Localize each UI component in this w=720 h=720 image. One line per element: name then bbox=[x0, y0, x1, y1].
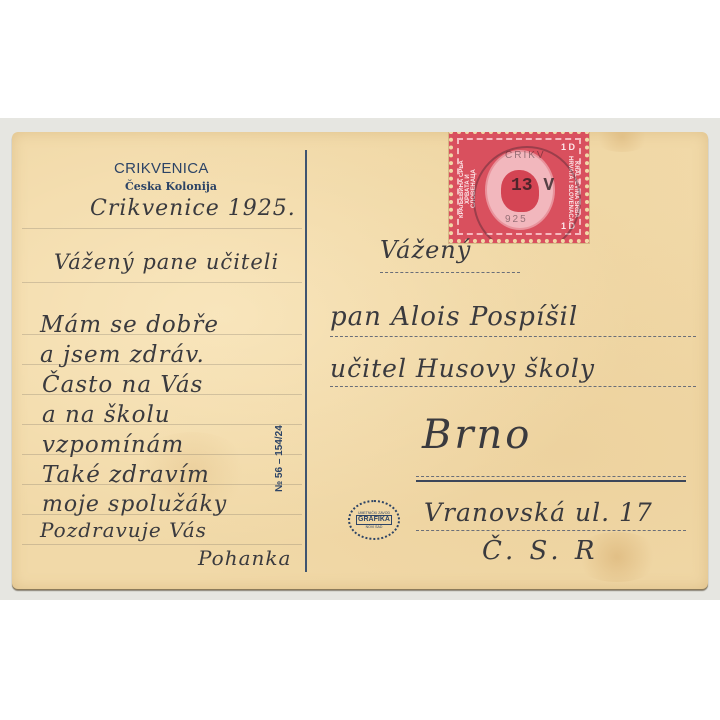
message-line: Často na Vás bbox=[42, 372, 203, 398]
ruled-line bbox=[22, 228, 302, 229]
address-country: Č. S. R bbox=[482, 536, 599, 566]
place-date: Crikvenice 1925. bbox=[90, 196, 296, 221]
print-number: № 56 – 154/24 bbox=[274, 402, 285, 492]
message-line: Mám se dobře bbox=[40, 312, 219, 338]
publisher-seal-bottom: NOVI SAD bbox=[366, 525, 383, 529]
postcard: CRIKVENICA Česka Kolonija Crikvenice 192… bbox=[12, 132, 708, 589]
address-line bbox=[330, 386, 696, 387]
address-city: Brno bbox=[422, 412, 532, 458]
center-divider bbox=[305, 150, 307, 572]
address-line bbox=[380, 272, 520, 273]
address-title: učitel Husovy školy bbox=[330, 354, 595, 383]
signature: Pohanka bbox=[198, 546, 291, 570]
postmark-year: 925 bbox=[505, 214, 528, 225]
publisher-seal: UMETNIČKI ZAVOD GRAFIKA NOVI SAD bbox=[348, 500, 400, 540]
postmark-town: CRIKV bbox=[505, 150, 546, 161]
postage-stamp: КРАЉЕВИНА СРБА ХРВАТА И СЛОВЕНАЦА KRALJE… bbox=[449, 132, 589, 243]
address-city-underline bbox=[416, 480, 686, 482]
postmark-date: 13 V bbox=[511, 176, 554, 196]
address-line bbox=[330, 336, 696, 337]
printed-header-subtitle: Česka Kolonija bbox=[125, 180, 217, 193]
address-line bbox=[416, 530, 686, 531]
ruled-line bbox=[22, 544, 302, 545]
message-line: a na školu bbox=[42, 402, 171, 428]
publisher-seal-name: GRAFIKA bbox=[356, 515, 392, 525]
salutation: Vážený pane učiteli bbox=[54, 250, 279, 274]
ruled-line bbox=[22, 282, 302, 283]
stain bbox=[592, 132, 652, 152]
printed-header-title: CRIKVENICA bbox=[114, 160, 209, 177]
message-line: moje spolužáky bbox=[42, 492, 227, 517]
stamp-value-top: 1 D bbox=[561, 142, 575, 152]
message-line: vzpomínám bbox=[42, 432, 184, 458]
address-honorific: Vážený bbox=[380, 236, 471, 264]
message-line: Pozdravuje Vás bbox=[40, 518, 207, 542]
message-line: a jsem zdráv. bbox=[40, 342, 205, 368]
address-line bbox=[416, 476, 686, 477]
address-street: Vranovská ul. 17 bbox=[424, 498, 653, 527]
address-name: pan Alois Pospíšil bbox=[330, 302, 578, 332]
message-line: Také zdravím bbox=[42, 462, 210, 488]
